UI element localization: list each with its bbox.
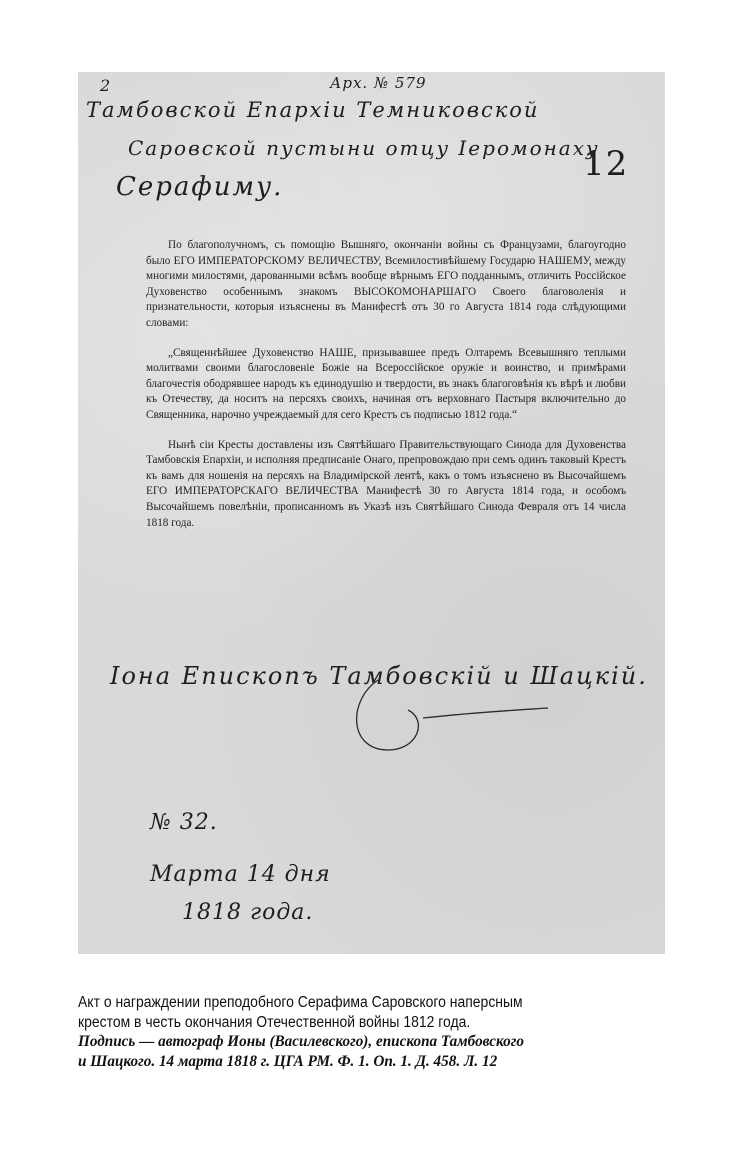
- figure-caption: Акт о награждении преподобного Серафима …: [78, 993, 668, 1071]
- date-line-2: 1818 года.: [182, 900, 313, 925]
- body-quote: „Священнѣйшее Духовенство НАШЕ, призывав…: [146, 346, 626, 424]
- caption-line-4: и Шацкого. 14 марта 1818 г. ЦГА РМ. Ф. 1…: [78, 1052, 639, 1072]
- document-photo: 2 Арх. № 579 Тамбовской Епархiи Темников…: [78, 72, 665, 954]
- address-line-3: Серафиму.: [116, 172, 283, 202]
- page-corner-number: 2: [100, 76, 111, 95]
- body-paragraph-1: По благополучномъ, съ помощiю Вышняго, о…: [146, 238, 626, 332]
- date-line-1: Марта 14 дня: [150, 862, 331, 887]
- caption-line-1: Акт о награждении преподобного Серафима …: [78, 993, 609, 1013]
- address-line-1: Тамбовской Епархiи Темниковской: [86, 98, 539, 122]
- body-paragraph-2: Нынѣ сiи Кресты доставлены изъ Святѣйшаг…: [146, 438, 626, 532]
- number-mark: № 32.: [150, 810, 218, 835]
- address-line-2: Саровской пустыни отцу Iеромонаху: [128, 136, 600, 160]
- caption-line-2: крестом в честь окончания Отечественной …: [78, 1013, 609, 1033]
- caption-line-3: Подпись — автограф Ионы (Василевского), …: [78, 1032, 639, 1052]
- margin-mark: 12: [583, 144, 628, 184]
- signature-flourish-icon: [78, 650, 665, 770]
- archive-mark: Арх. № 579: [330, 74, 427, 92]
- printed-body: По благополучномъ, съ помощiю Вышняго, о…: [146, 238, 626, 531]
